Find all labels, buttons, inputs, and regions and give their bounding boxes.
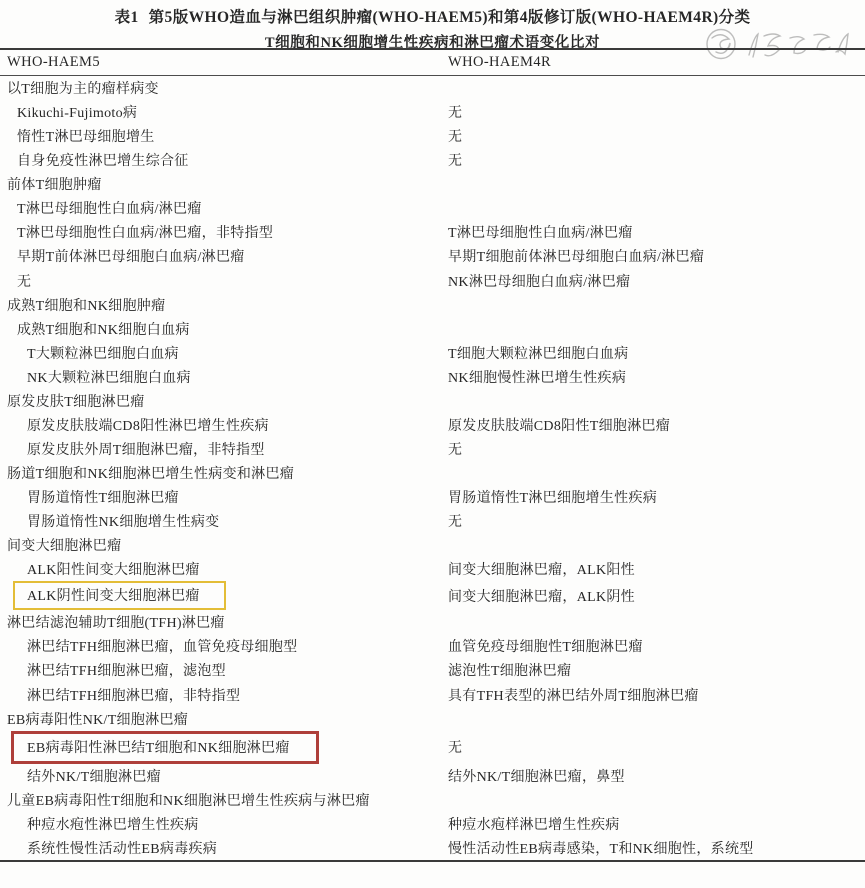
haem4r-cell: 无 [440, 126, 865, 146]
haem5-term: 前体T细胞肿瘤 [7, 174, 102, 194]
haem4r-term: 胃肠道惰性T淋巴细胞增生性疾病 [448, 487, 657, 507]
table-row: 淋巴结TFH细胞淋巴瘤，血管免疫母细胞型 血管免疫母细胞性T细胞淋巴瘤 [0, 634, 865, 658]
haem4r-cell [440, 614, 865, 630]
table-row: 儿童EB病毒阳性T细胞和NK细胞淋巴增生性疾病与淋巴瘤 [0, 788, 865, 812]
haem4r-term: 间变大细胞淋巴瘤，ALK阴性 [448, 586, 635, 606]
table-row: 原发皮肤T细胞淋巴瘤 [0, 389, 865, 413]
table-row: 肠道T细胞和NK细胞淋巴增生性病变和淋巴瘤 [0, 461, 865, 485]
haem4r-cell [440, 80, 865, 96]
header-haem5: WHO-HAEM5 [0, 54, 440, 71]
haem4r-cell: 无 [440, 102, 865, 122]
haem5-term-highlighted-red: EB病毒阳性淋巴结T细胞和NK细胞淋巴瘤 [11, 731, 319, 764]
haem5-cell: 淋巴结TFH细胞淋巴瘤，滤泡型 [0, 660, 440, 680]
haem4r-term: 无 [448, 737, 462, 757]
table-row: 胃肠道惰性NK细胞增生性病变 无 [0, 509, 865, 533]
haem4r-cell [440, 321, 865, 337]
table-row: T大颗粒淋巴细胞白血病 T细胞大颗粒淋巴细胞白血病 [0, 341, 865, 365]
haem5-term: 原发皮肤T细胞淋巴瘤 [7, 391, 145, 411]
haem5-term: 惰性T淋巴母细胞增生 [17, 126, 155, 146]
haem5-term: 种痘水疱性淋巴增生性疾病 [27, 814, 199, 834]
haem5-cell: 结外NK/T细胞淋巴瘤 [0, 766, 440, 786]
table-row: Kikuchi-Fujimoto病 无 [0, 100, 865, 124]
haem5-term: EB病毒阳性NK/T细胞淋巴瘤 [7, 709, 188, 729]
haem4r-term: 种痘水疱样淋巴增生性疾病 [448, 814, 620, 834]
haem5-cell: ALK阳性间变大细胞淋巴瘤 [0, 559, 440, 579]
haem5-term: 原发皮肤外周T细胞淋巴瘤，非特指型 [27, 439, 265, 459]
haem4r-cell: 早期T细胞前体淋巴母细胞白血病/淋巴瘤 [440, 246, 865, 266]
table-body: 以T细胞为主的瘤样病变 Kikuchi-Fujimoto病 无 惰性T淋巴母细胞… [0, 76, 865, 862]
table-row: 惰性T淋巴母细胞增生 无 [0, 124, 865, 148]
table-row: T淋巴母细胞性白血病/淋巴瘤 [0, 196, 865, 220]
haem5-cell: 淋巴结TFH细胞淋巴瘤，非特指型 [0, 685, 440, 705]
haem5-cell: 惰性T淋巴母细胞增生 [0, 126, 440, 146]
haem4r-cell: 慢性活动性EB病毒感染，T和NK细胞性，系统型 [440, 838, 865, 858]
haem5-cell: 以T细胞为主的瘤样病变 [0, 78, 440, 98]
haem5-cell: ALK阴性间变大细胞淋巴瘤 [0, 581, 440, 610]
haem5-term: 系统性慢性活动性EB病毒疾病 [27, 838, 217, 858]
table-title-text: 第5版WHO造血与淋巴组织肿瘤(WHO-HAEM5)和第4版修订版(WHO-HA… [149, 9, 751, 26]
haem4r-cell: 具有TFH表型的淋巴结外周T细胞淋巴瘤 [440, 685, 865, 705]
table-row: 结外NK/T细胞淋巴瘤 结外NK/T细胞淋巴瘤，鼻型 [0, 764, 865, 788]
haem5-term: T淋巴母细胞性白血病/淋巴瘤 [17, 198, 202, 218]
haem5-term: Kikuchi-Fujimoto病 [17, 102, 137, 122]
haem4r-cell: T细胞大颗粒淋巴细胞白血病 [440, 343, 865, 363]
haem4r-cell [440, 393, 865, 409]
haem5-term: NK大颗粒淋巴细胞白血病 [27, 367, 191, 387]
haem5-cell: T淋巴母细胞性白血病/淋巴瘤，非特指型 [0, 222, 440, 242]
haem5-cell: 成熟T细胞和NK细胞白血病 [0, 319, 440, 339]
haem4r-cell: 原发皮肤肢端CD8阳性T细胞淋巴瘤 [440, 415, 865, 435]
haem5-cell: EB病毒阳性NK/T细胞淋巴瘤 [0, 709, 440, 729]
haem5-cell: 无 [0, 271, 440, 291]
haem5-term: 成熟T细胞和NK细胞肿瘤 [7, 295, 165, 315]
haem5-term: ALK阳性间变大细胞淋巴瘤 [27, 559, 200, 579]
haem5-term: 肠道T细胞和NK细胞淋巴增生性病变和淋巴瘤 [7, 463, 294, 483]
haem4r-cell: 无 [440, 150, 865, 170]
haem4r-term: 早期T细胞前体淋巴母细胞白血病/淋巴瘤 [448, 246, 704, 266]
haem5-cell: NK大颗粒淋巴细胞白血病 [0, 367, 440, 387]
haem4r-cell: 种痘水疱样淋巴增生性疾病 [440, 814, 865, 834]
haem4r-cell: T淋巴母细胞性白血病/淋巴瘤 [440, 222, 865, 242]
table-row: 原发皮肤肢端CD8阳性淋巴增生性疾病 原发皮肤肢端CD8阳性T细胞淋巴瘤 [0, 413, 865, 437]
haem5-cell: 淋巴结TFH细胞淋巴瘤，血管免疫母细胞型 [0, 636, 440, 656]
haem5-cell: 早期T前体淋巴母细胞白血病/淋巴瘤 [0, 246, 440, 266]
haem5-cell: T大颗粒淋巴细胞白血病 [0, 343, 440, 363]
haem4r-term: 无 [448, 150, 462, 170]
haem4r-term: 无 [448, 439, 462, 459]
table-header-row: WHO-HAEM5 WHO-HAEM4R [0, 48, 865, 76]
haem4r-term: 结外NK/T细胞淋巴瘤，鼻型 [448, 766, 625, 786]
haem4r-cell: 无 [440, 737, 865, 757]
table-row: 成熟T细胞和NK细胞白血病 [0, 317, 865, 341]
haem4r-cell [440, 792, 865, 808]
haem5-cell: EB病毒阳性淋巴结T细胞和NK细胞淋巴瘤 [0, 731, 440, 764]
haem4r-term: T细胞大颗粒淋巴细胞白血病 [448, 343, 628, 363]
table-row: 淋巴结滤泡辅助T细胞(TFH)淋巴瘤 [0, 610, 865, 634]
haem5-cell: 成熟T细胞和NK细胞肿瘤 [0, 295, 440, 315]
haem5-cell: 胃肠道惰性T细胞淋巴瘤 [0, 487, 440, 507]
haem5-cell: 儿童EB病毒阳性T细胞和NK细胞淋巴增生性疾病与淋巴瘤 [0, 790, 440, 810]
haem5-term: 早期T前体淋巴母细胞白血病/淋巴瘤 [17, 246, 245, 266]
table-row: ALK阳性间变大细胞淋巴瘤 间变大细胞淋巴瘤，ALK阳性 [0, 557, 865, 581]
haem5-term: 成熟T细胞和NK细胞白血病 [17, 319, 190, 339]
haem5-term-highlighted-yellow: ALK阴性间变大细胞淋巴瘤 [13, 581, 226, 610]
haem5-term: 淋巴结TFH细胞淋巴瘤，滤泡型 [27, 660, 226, 680]
haem4r-cell: 胃肠道惰性T淋巴细胞增生性疾病 [440, 487, 865, 507]
haem4r-term: T淋巴母细胞性白血病/淋巴瘤 [448, 222, 633, 242]
haem5-cell: 系统性慢性活动性EB病毒疾病 [0, 838, 440, 858]
table-row: 间变大细胞淋巴瘤 [0, 533, 865, 557]
haem4r-term: NK细胞慢性淋巴增生性疾病 [448, 367, 626, 387]
table-row: ALK阴性间变大细胞淋巴瘤 间变大细胞淋巴瘤，ALK阴性 [0, 581, 865, 610]
haem4r-cell [440, 176, 865, 192]
haem4r-term: 原发皮肤肢端CD8阳性T细胞淋巴瘤 [448, 415, 670, 435]
who-terminology-table: WHO-HAEM5 WHO-HAEM4R 以T细胞为主的瘤样病变 Kikuchi… [0, 48, 865, 862]
table-row: 自身免疫性淋巴增生综合征 无 [0, 148, 865, 172]
haem4r-term: 慢性活动性EB病毒感染，T和NK细胞性，系统型 [448, 838, 754, 858]
table-row: EB病毒阳性淋巴结T细胞和NK细胞淋巴瘤 无 [0, 731, 865, 764]
table-row: 原发皮肤外周T细胞淋巴瘤，非特指型 无 [0, 437, 865, 461]
haem5-term: 无 [17, 271, 31, 291]
haem4r-cell [440, 537, 865, 553]
haem5-term: T淋巴母细胞性白血病/淋巴瘤，非特指型 [17, 222, 273, 242]
haem5-term: 间变大细胞淋巴瘤 [7, 535, 121, 555]
haem4r-cell [440, 465, 865, 481]
haem4r-term: 具有TFH表型的淋巴结外周T细胞淋巴瘤 [448, 685, 699, 705]
haem4r-cell [440, 711, 865, 727]
haem5-term: 儿童EB病毒阳性T细胞和NK细胞淋巴增生性疾病与淋巴瘤 [7, 790, 370, 810]
table-row: 以T细胞为主的瘤样病变 [0, 76, 865, 100]
haem5-term: 结外NK/T细胞淋巴瘤 [27, 766, 161, 786]
haem5-cell: 自身免疫性淋巴增生综合征 [0, 150, 440, 170]
haem5-term: 原发皮肤肢端CD8阳性淋巴增生性疾病 [27, 415, 269, 435]
haem4r-term: 无 [448, 102, 462, 122]
haem5-term: 淋巴结TFH细胞淋巴瘤，血管免疫母细胞型 [27, 636, 297, 656]
haem4r-cell: 无 [440, 511, 865, 531]
haem4r-cell [440, 297, 865, 313]
haem4r-term: 无 [448, 511, 462, 531]
table-row: 淋巴结TFH细胞淋巴瘤，滤泡型 滤泡性T细胞淋巴瘤 [0, 658, 865, 682]
haem5-cell: 间变大细胞淋巴瘤 [0, 535, 440, 555]
table-row: 淋巴结TFH细胞淋巴瘤，非特指型 具有TFH表型的淋巴结外周T细胞淋巴瘤 [0, 683, 865, 707]
haem4r-cell: 无 [440, 439, 865, 459]
haem5-term: T大颗粒淋巴细胞白血病 [27, 343, 179, 363]
table-row: 系统性慢性活动性EB病毒疾病 慢性活动性EB病毒感染，T和NK细胞性，系统型 [0, 836, 865, 860]
haem5-term: 淋巴结TFH细胞淋巴瘤，非特指型 [27, 685, 240, 705]
haem5-cell: 种痘水疱性淋巴增生性疾病 [0, 814, 440, 834]
haem4r-cell: NK淋巴母细胞白血病/淋巴瘤 [440, 271, 865, 291]
haem4r-term: 间变大细胞淋巴瘤，ALK阳性 [448, 559, 635, 579]
haem5-cell: 肠道T细胞和NK细胞淋巴增生性病变和淋巴瘤 [0, 463, 440, 483]
haem4r-cell: 间变大细胞淋巴瘤，ALK阳性 [440, 559, 865, 579]
table-row: 前体T细胞肿瘤 [0, 172, 865, 196]
table-row: 无 NK淋巴母细胞白血病/淋巴瘤 [0, 269, 865, 293]
haem4r-cell: 血管免疫母细胞性T细胞淋巴瘤 [440, 636, 865, 656]
haem5-term: 胃肠道惰性T细胞淋巴瘤 [27, 487, 179, 507]
table-row: T淋巴母细胞性白血病/淋巴瘤，非特指型 T淋巴母细胞性白血病/淋巴瘤 [0, 220, 865, 244]
table-row: 种痘水疱性淋巴增生性疾病 种痘水疱样淋巴增生性疾病 [0, 812, 865, 836]
haem4r-cell: 结外NK/T细胞淋巴瘤，鼻型 [440, 766, 865, 786]
haem4r-term: NK淋巴母细胞白血病/淋巴瘤 [448, 271, 630, 291]
haem5-term: 以T细胞为主的瘤样病变 [7, 78, 159, 98]
haem5-term: 自身免疫性淋巴增生综合征 [17, 150, 189, 170]
header-haem4r: WHO-HAEM4R [440, 54, 865, 71]
haem4r-cell: NK细胞慢性淋巴增生性疾病 [440, 367, 865, 387]
table-number-label: 表1 [115, 9, 139, 26]
haem5-cell: 前体T细胞肿瘤 [0, 174, 440, 194]
table-row: NK大颗粒淋巴细胞白血病 NK细胞慢性淋巴增生性疾病 [0, 365, 865, 389]
table-row: 成熟T细胞和NK细胞肿瘤 [0, 293, 865, 317]
haem4r-cell: 滤泡性T细胞淋巴瘤 [440, 660, 865, 680]
table-row: 胃肠道惰性T细胞淋巴瘤 胃肠道惰性T淋巴细胞增生性疾病 [0, 485, 865, 509]
haem4r-term: 无 [448, 126, 462, 146]
haem5-cell: 原发皮肤外周T细胞淋巴瘤，非特指型 [0, 439, 440, 459]
haem5-cell: Kikuchi-Fujimoto病 [0, 102, 440, 122]
haem5-cell: 淋巴结滤泡辅助T细胞(TFH)淋巴瘤 [0, 612, 440, 632]
haem4r-term: 血管免疫母细胞性T细胞淋巴瘤 [448, 636, 643, 656]
haem5-term: 胃肠道惰性NK细胞增生性病变 [27, 511, 219, 531]
scanned-paper-table-page: 表1第5版WHO造血与淋巴组织肿瘤(WHO-HAEM5)和第4版修订版(WHO-… [0, 0, 865, 888]
haem5-cell: 原发皮肤肢端CD8阳性淋巴增生性疾病 [0, 415, 440, 435]
haem4r-term: 滤泡性T细胞淋巴瘤 [448, 660, 571, 680]
haem5-cell: 胃肠道惰性NK细胞增生性病变 [0, 511, 440, 531]
haem5-cell: 原发皮肤T细胞淋巴瘤 [0, 391, 440, 411]
haem5-term: 淋巴结滤泡辅助T细胞(TFH)淋巴瘤 [7, 612, 225, 632]
table-row: 早期T前体淋巴母细胞白血病/淋巴瘤 早期T细胞前体淋巴母细胞白血病/淋巴瘤 [0, 244, 865, 268]
haem4r-cell [440, 200, 865, 216]
table-row: EB病毒阳性NK/T细胞淋巴瘤 [0, 707, 865, 731]
haem5-cell: T淋巴母细胞性白血病/淋巴瘤 [0, 198, 440, 218]
haem4r-cell: 间变大细胞淋巴瘤，ALK阴性 [440, 586, 865, 606]
